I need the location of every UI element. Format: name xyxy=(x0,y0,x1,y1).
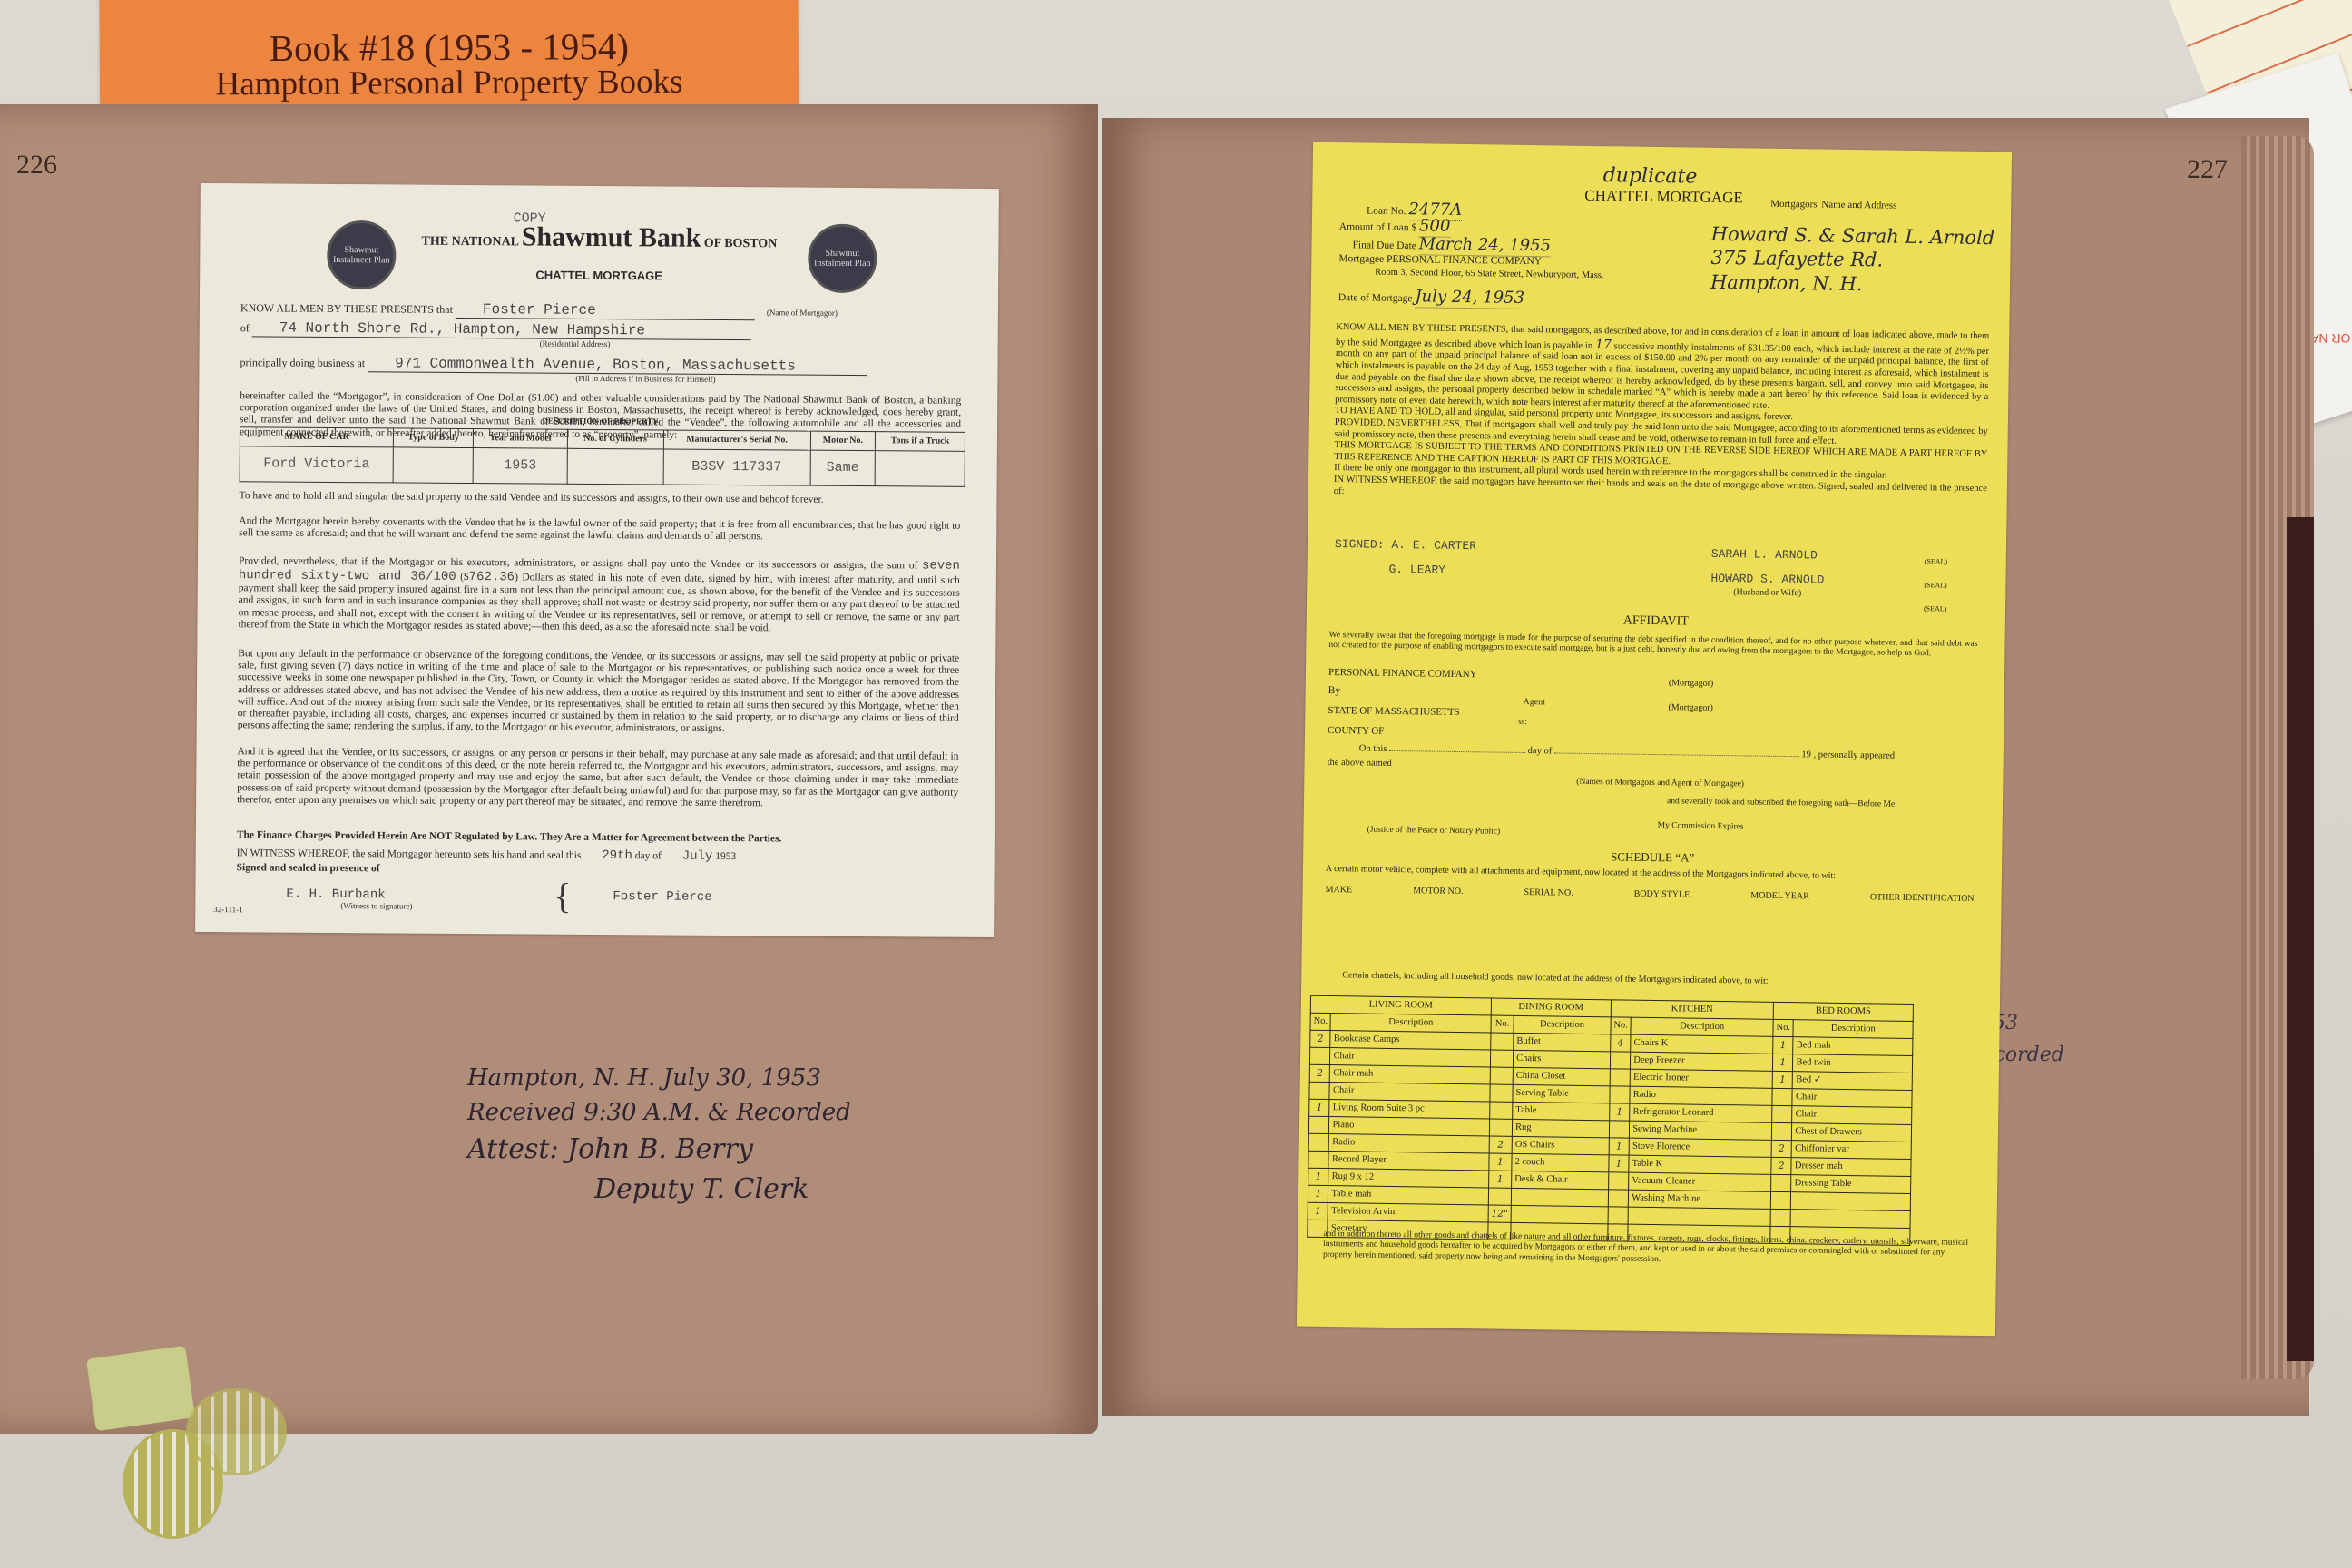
item-count: 1 xyxy=(1488,1171,1511,1188)
recording-note-line: Received 9:30 A.M. & Recorded xyxy=(467,1096,851,1131)
item-count: 2 xyxy=(1489,1136,1512,1153)
form-title: CHATTEL MORTGAGE xyxy=(1584,187,1743,208)
signer-2: HOWARD S. ARNOLD xyxy=(1710,572,1824,587)
mortgagor-signature: Foster Pierce xyxy=(612,889,711,905)
vehicle-col-serial: SERIAL NO. xyxy=(1524,887,1573,899)
room-bedrooms: BED ROOMS xyxy=(1773,1002,1913,1021)
item-description: Table K xyxy=(1629,1155,1771,1174)
item-count xyxy=(1308,1133,1329,1151)
affidavit-title: AFFIDAVIT xyxy=(1307,610,2005,635)
body-terms: successive monthly instalments of $31.35… xyxy=(1335,341,1989,411)
col-no: No. xyxy=(1491,1015,1514,1033)
col-description: Description xyxy=(1631,1017,1773,1036)
state-label: STATE OF MASSACHUSETTS xyxy=(1328,705,1459,719)
col-cylinders: No. of Cylinders xyxy=(567,429,663,448)
item-description: Table mah xyxy=(1328,1186,1489,1205)
item-count xyxy=(1490,1084,1513,1102)
item-description xyxy=(1511,1205,1608,1223)
property-table: MAKE OF CAR Type of Body Year and Model … xyxy=(240,426,965,486)
item-description: Bed twin xyxy=(1793,1054,1913,1073)
item-count xyxy=(1608,1172,1629,1190)
decorative-charm xyxy=(186,1388,287,1475)
mortgagor-name-field: Foster Pierce xyxy=(456,301,755,321)
husband-wife-caption: (Husband or Wife) xyxy=(1733,587,1801,599)
item-description: Refrigerator Leonard xyxy=(1630,1103,1772,1122)
item-description: China Closet xyxy=(1513,1067,1610,1085)
ss-label: ss: xyxy=(1518,717,1527,727)
vehicle-col-other: OTHER IDENTIFICATION xyxy=(1870,892,1975,905)
item-count xyxy=(1610,1052,1631,1069)
mortgagor-caption: (Mortgagor) xyxy=(1668,702,1713,714)
item-description xyxy=(1511,1188,1608,1206)
item-description: Radio xyxy=(1329,1134,1490,1153)
item-count xyxy=(1610,1069,1631,1086)
col-body: Type of Body xyxy=(394,428,474,447)
room-kitchen: KITCHEN xyxy=(1611,1000,1773,1020)
item-count: 1 xyxy=(1609,1103,1630,1121)
of-label: of xyxy=(240,321,250,334)
residence-row: of 74 North Shore Rd., Hampton, New Hamp… xyxy=(240,319,962,351)
item-count: 1 xyxy=(1609,1138,1630,1155)
back-cover-edge xyxy=(2287,517,2314,1361)
mortgage-body: KNOW ALL MEN BY THESE PRESENTS, that sai… xyxy=(1334,322,1990,506)
witness-signature: E. H. Burbank xyxy=(286,887,385,903)
mortgagor-name-caption: (Name of Mortgagor) xyxy=(767,308,838,318)
hold-paragraph: To have and to hold all and singular the… xyxy=(239,490,960,507)
day-of-label: day of xyxy=(1528,746,1553,756)
year-label: 19 xyxy=(1801,750,1811,759)
residential-caption: (Residential Address) xyxy=(540,339,962,352)
divider-subtitle: Hampton Personal Property Books xyxy=(100,62,799,104)
recording-note: Hampton, N. H. July 30, 1953 Received 9:… xyxy=(467,1062,851,1209)
know-all-men-label: KNOW ALL MEN BY THESE PRESENTS that xyxy=(240,301,453,316)
date-field: July 24, 1953 xyxy=(1415,287,1524,309)
item-description: Chair mah xyxy=(1330,1065,1491,1084)
item-count: 1 xyxy=(1308,1185,1328,1202)
mortgagee-name: PERSONAL FINANCE COMPANY xyxy=(1387,254,1542,267)
names-caption: (Names of Mortgagors and Agent of Mortga… xyxy=(1576,778,1744,790)
default-paragraph: But upon any default in the performance … xyxy=(238,648,960,737)
seal-label: (SEAL) xyxy=(1924,604,1946,613)
day-of-label: day of xyxy=(635,850,661,861)
item-count xyxy=(1770,1191,1791,1209)
household-chattels-table: LIVING ROOM DINING ROOM KITCHEN BED ROOM… xyxy=(1307,995,1914,1246)
item-description: Bed ✓ xyxy=(1793,1072,1913,1091)
mortgagors-label: Mortgagors' Name and Address xyxy=(1770,199,1896,212)
finance-notice: The Finance Charges Provided Herein Are … xyxy=(237,829,958,847)
page-number-left: 226 xyxy=(16,150,57,181)
date-label: Date of Mortgage xyxy=(1338,292,1413,304)
item-description: Living Room Suite 3 pc xyxy=(1329,1100,1490,1119)
item-description xyxy=(1790,1210,1910,1229)
col-description: Description xyxy=(1793,1020,1913,1039)
year-prefix: 19 xyxy=(715,851,726,862)
item-count: 1 xyxy=(1309,1099,1330,1116)
item-count: 12" xyxy=(1488,1205,1511,1222)
col-no: No. xyxy=(1611,1017,1632,1034)
business-row: principally doing business at 971 Common… xyxy=(240,354,961,386)
col-description: Description xyxy=(1330,1014,1491,1033)
item-count xyxy=(1609,1121,1630,1138)
item-description xyxy=(1791,1192,1911,1211)
final-due-label: Final Due Date xyxy=(1352,240,1416,251)
item-description: Chair xyxy=(1792,1106,1912,1125)
year-field: 53 xyxy=(726,851,737,862)
item-description: Buffet xyxy=(1514,1033,1611,1051)
item-description: Record Player xyxy=(1328,1151,1489,1171)
item-description: Table xyxy=(1513,1102,1610,1120)
bank-name-main: Shawmut Bank xyxy=(522,221,701,252)
item-count: 2 xyxy=(1310,1030,1331,1047)
item-description: Bookcase Camps xyxy=(1330,1031,1491,1050)
item-count xyxy=(1308,1116,1329,1133)
cell-year: 1953 xyxy=(473,447,567,484)
signer-1: SARAH L. ARNOLD xyxy=(1711,547,1818,563)
company-line: PERSONAL FINANCE COMPANY xyxy=(1328,667,1477,681)
mortgagee-row: Mortgagee PERSONAL FINANCE COMPANY xyxy=(1338,253,1542,269)
covenant-paragraph: And the Mortgagor herein hereby covenant… xyxy=(239,515,960,544)
item-count xyxy=(1770,1209,1791,1226)
item-count xyxy=(1491,1033,1514,1050)
oath-text: and severally took and subscribed the fo… xyxy=(1667,797,1897,810)
item-description: Radio xyxy=(1630,1086,1772,1105)
item-description: Sewing Machine xyxy=(1630,1121,1772,1140)
item-count xyxy=(1771,1122,1792,1140)
vehicle-col-year: MODEL YEAR xyxy=(1750,891,1809,903)
item-count xyxy=(1608,1207,1629,1224)
item-description: Dresser mah xyxy=(1791,1158,1911,1177)
item-description: Stove Florence xyxy=(1629,1138,1771,1157)
instalments-count-field: 17 xyxy=(1595,338,1612,352)
item-count: 1 xyxy=(1308,1202,1328,1220)
shawmut-chattel-mortgage-form: Shawmut Instalment Plan Shawmut Instalme… xyxy=(195,183,999,937)
amount-figures-field: 762.36 xyxy=(469,570,515,584)
recording-note-line: Hampton, N. H. July 30, 1953 xyxy=(467,1062,851,1096)
date-row: Date of Mortgage July 24, 1953 xyxy=(1338,286,1525,309)
mortgagor-city: Hampton, N. H. xyxy=(1710,269,1994,298)
vehicle-col-make: MAKE xyxy=(1326,885,1353,896)
page-number-right: 227 xyxy=(2187,154,2228,185)
vehicle-columns: MAKE MOTOR NO. SERIAL NO. BODY STYLE MOD… xyxy=(1326,885,1975,905)
item-count: 1 xyxy=(1773,1036,1794,1053)
item-description: Rug xyxy=(1512,1119,1609,1137)
recording-note-line: Deputy T. Clerk xyxy=(594,1170,851,1210)
form-title: CHATTEL MORTGAGE xyxy=(200,267,998,286)
witness-caption: (Witness to signature) xyxy=(340,901,412,911)
on-this-label: On this xyxy=(1359,743,1387,753)
item-description: 2 couch xyxy=(1512,1153,1609,1171)
item-description: Vacuum Cleaner xyxy=(1629,1172,1771,1191)
justice-caption: (Justice of the Peace or Notary Public) xyxy=(1367,826,1500,838)
room-dining: DINING ROOM xyxy=(1491,998,1611,1017)
form-code: 32-111-1 xyxy=(213,905,242,915)
bank-name: THE NATIONAL Shawmut Bank OF BOSTON xyxy=(200,220,998,257)
bank-prefix: THE NATIONAL xyxy=(421,235,518,250)
item-description: Chairs K xyxy=(1631,1034,1773,1053)
mortgagor-address-block: Howard S. & Sarah L. Arnold 375 Lafayett… xyxy=(1710,222,1995,298)
item-description: Piano xyxy=(1329,1117,1490,1136)
item-count: 1 xyxy=(1489,1153,1512,1171)
item-count xyxy=(1489,1102,1512,1119)
final-due-field: March 24, 1955 xyxy=(1419,234,1552,257)
item-description: Chiffonier var xyxy=(1792,1141,1912,1160)
item-description: Electric Ironer xyxy=(1630,1069,1772,1088)
recording-note-line: Attest: John B. Berry xyxy=(467,1130,851,1170)
residential-address-field: 74 North Shore Rd., Hampton, New Hampshi… xyxy=(252,319,751,340)
item-count xyxy=(1610,1086,1631,1103)
business-caption: (Fill in Address if in Business for Hims… xyxy=(575,374,961,386)
item-description: Serving Table xyxy=(1513,1084,1610,1102)
item-description: OS Chairs xyxy=(1512,1136,1609,1154)
item-description: Chest of Drawers xyxy=(1792,1123,1912,1142)
by-label: By xyxy=(1328,685,1341,698)
agent-label: Agent xyxy=(1523,697,1545,708)
brace-icon: { xyxy=(554,876,572,917)
col-description: Description xyxy=(1514,1015,1611,1034)
col-motor: Motor No. xyxy=(810,431,876,450)
item-count xyxy=(1309,1082,1330,1099)
bank-suffix: OF BOSTON xyxy=(704,237,778,251)
item-description: Chair xyxy=(1792,1089,1912,1108)
mortgagor-name-row: KNOW ALL MEN BY THESE PRESENTS that Fost… xyxy=(240,299,962,322)
item-count xyxy=(1308,1151,1329,1168)
item-description xyxy=(1628,1207,1770,1226)
month-field: July xyxy=(682,849,713,864)
col-tons: Tons if a Truck xyxy=(876,432,965,451)
witness-2: G. LEARY xyxy=(1388,563,1445,577)
cell-cylinders xyxy=(567,448,663,485)
item-count: 2 xyxy=(1309,1064,1330,1082)
witness-clause: IN WITNESS WHEREOF, the said Mortgagor h… xyxy=(237,848,582,861)
day-field: 29th xyxy=(602,848,632,863)
on-this-row: On this day of 19 , personally appeared xyxy=(1359,743,1895,762)
binder-clip[interactable] xyxy=(86,1346,195,1432)
vehicle-col-motor: MOTOR NO. xyxy=(1413,886,1464,897)
col-no: No. xyxy=(1310,1013,1331,1030)
seal-label: (SEAL) xyxy=(1925,557,1947,566)
item-count xyxy=(1488,1188,1511,1205)
provided-paragraph: Provided, nevertheless, that if the Mort… xyxy=(238,554,960,636)
business-address-field: 971 Commonwealth Avenue, Boston, Massach… xyxy=(367,355,867,376)
item-description: Rug 9 x 12 xyxy=(1328,1169,1489,1188)
mortgagee-address: Room 3, Second Floor, 65 State Street, N… xyxy=(1375,268,1604,282)
dollars-label: Dollars xyxy=(522,573,553,583)
cell-serial: B3SV 117337 xyxy=(663,449,810,485)
item-description: Chair xyxy=(1330,1048,1491,1067)
col-serial: Manufacturer's Serial No. xyxy=(663,430,810,450)
chattels-intro: Certain chattels, including all househol… xyxy=(1342,970,1768,987)
item-count xyxy=(1772,1105,1793,1122)
personally-appeared-label: , personally appeared xyxy=(1814,750,1896,760)
item-count: 4 xyxy=(1610,1034,1631,1052)
item-count xyxy=(1489,1119,1512,1136)
business-label: principally doing business at xyxy=(240,356,365,369)
item-description: Deep Freezer xyxy=(1631,1052,1773,1071)
item-description: Washing Machine xyxy=(1629,1190,1771,1209)
col-year: Year and Model xyxy=(474,429,568,448)
cell-body xyxy=(393,446,473,483)
item-description: Chair xyxy=(1329,1083,1490,1102)
col-make: MAKE OF CAR xyxy=(240,427,393,447)
item-count xyxy=(1490,1050,1513,1067)
signed-label: SIGNED: xyxy=(1335,537,1385,552)
item-count: 1 xyxy=(1772,1071,1793,1088)
amount-label: Amount of Loan $ xyxy=(1339,221,1416,233)
cell-tons xyxy=(875,450,965,486)
witness-1-row: SIGNED: A. E. CARTER xyxy=(1335,537,1476,554)
above-named-label: the above named xyxy=(1328,758,1392,770)
item-description: Television Arvin xyxy=(1328,1203,1489,1222)
item-count: 2 xyxy=(1771,1157,1792,1174)
mortgagee-label: Mortgagee xyxy=(1338,253,1384,265)
item-description: Chairs xyxy=(1513,1050,1610,1068)
item-count: 1 xyxy=(1772,1053,1793,1071)
commission-label: My Commission Expires xyxy=(1658,821,1744,833)
duplicate-note: duplicate xyxy=(1602,164,1697,190)
item-count xyxy=(1309,1047,1330,1064)
item-count xyxy=(1608,1190,1629,1207)
affidavit-text: We severally swear that the foregoing mo… xyxy=(1328,631,1977,661)
item-count xyxy=(1490,1067,1513,1084)
cell-make: Ford Victoria xyxy=(240,446,394,482)
cell-motor: Same xyxy=(810,450,876,485)
item-count xyxy=(1771,1174,1792,1191)
item-count xyxy=(1772,1088,1793,1105)
seal-label: (SEAL) xyxy=(1924,581,1946,590)
item-count: 2 xyxy=(1771,1140,1792,1157)
item-description: Dressing Table xyxy=(1791,1175,1911,1194)
item-count: 1 xyxy=(1308,1168,1329,1185)
witness-1: A. E. CARTER xyxy=(1391,538,1476,553)
personal-finance-chattel-mortgage-form: duplicate CHATTEL MORTGAGE Mortgagors' N… xyxy=(1297,142,2012,1337)
col-no: No. xyxy=(1773,1019,1794,1036)
county-label: COUNTY OF xyxy=(1328,725,1384,738)
item-count: 1 xyxy=(1609,1155,1630,1172)
vehicle-col-body: BODY STYLE xyxy=(1634,889,1690,901)
table-row: Ford Victoria 1953 B3SV 117337 Same xyxy=(240,446,965,486)
mortgagor-caption: (Mortgagor) xyxy=(1669,678,1714,690)
agreed-paragraph: And it is agreed that the Vendee, or its… xyxy=(237,746,958,811)
item-description: Desk & Chair xyxy=(1512,1171,1609,1189)
item-description: Bed mah xyxy=(1793,1037,1913,1056)
mortgagor-street: 375 Lafayette Rd. xyxy=(1710,246,1994,274)
